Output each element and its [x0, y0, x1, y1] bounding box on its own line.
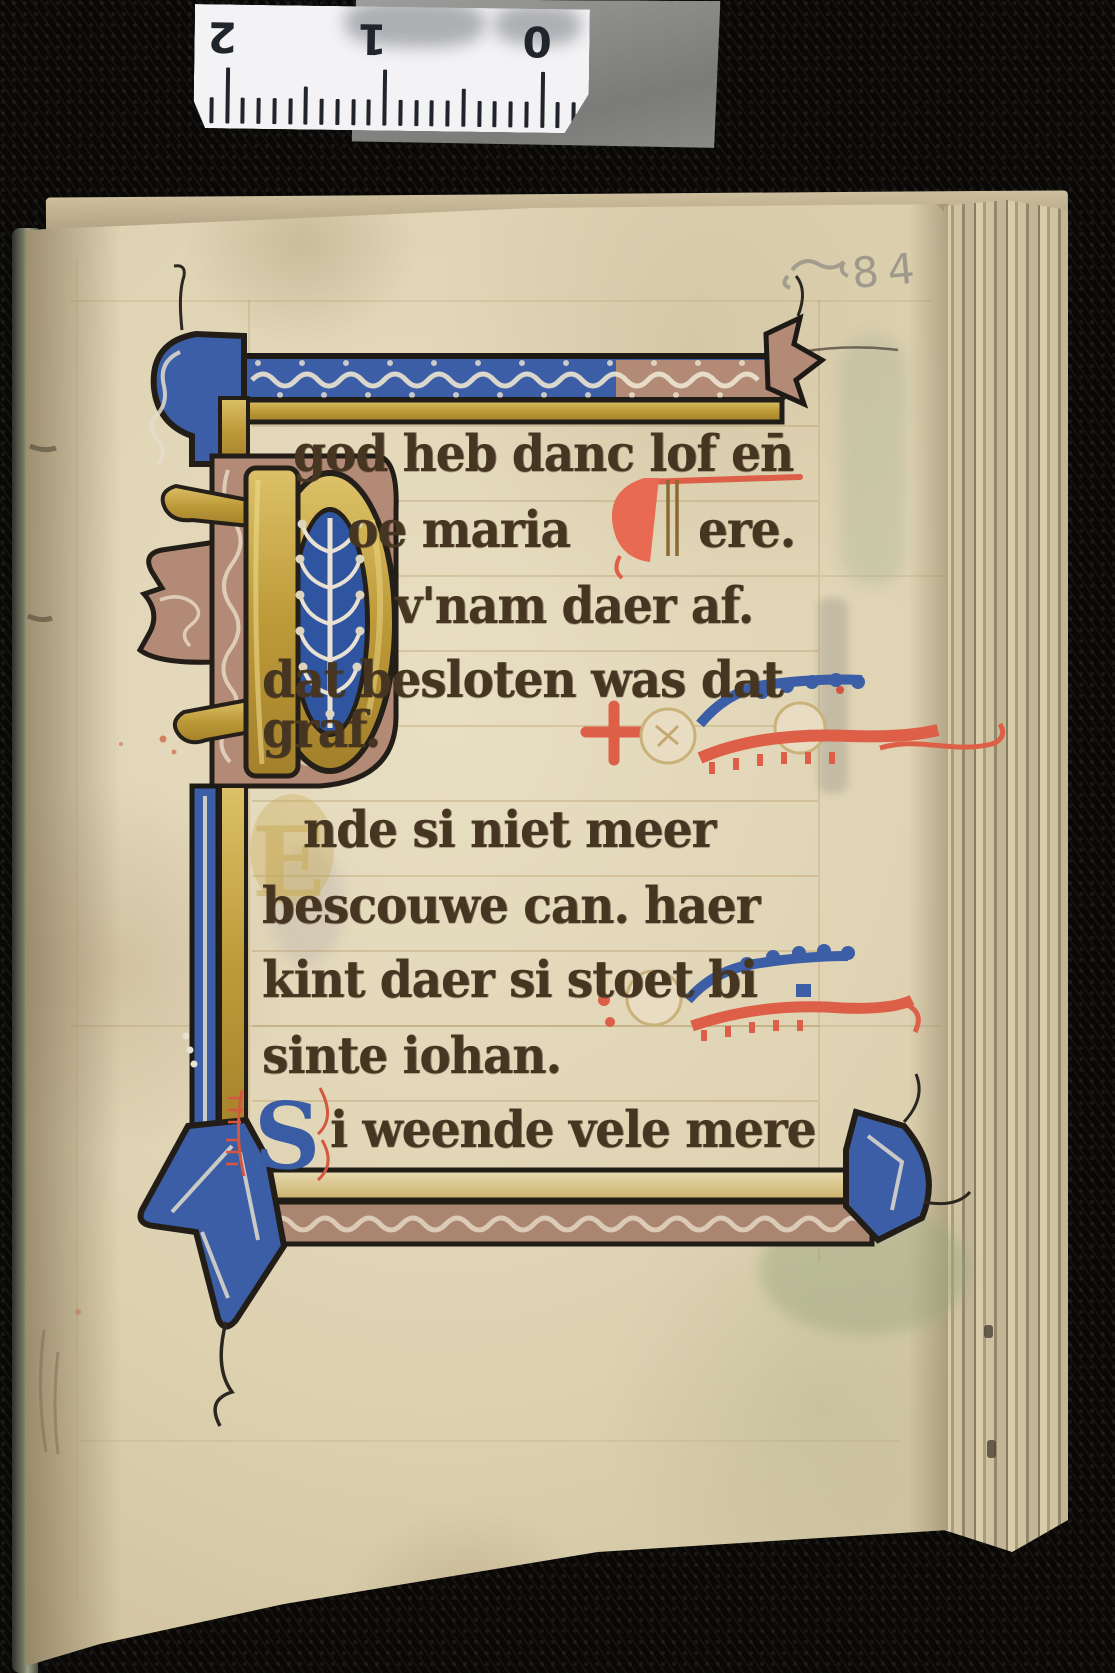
text-line-8: kint daer si stoet bi: [262, 950, 757, 1012]
ruler-tick: [256, 98, 260, 124]
ruler-tick: [493, 101, 497, 127]
text-line-7: bescouwe can. haer: [262, 876, 759, 938]
ruler-label-2: 2: [207, 12, 237, 61]
ruler-tick: [351, 99, 355, 125]
ruler-tick: [367, 99, 371, 125]
svg-text:S: S: [254, 1082, 320, 1190]
ruler-tick: [477, 101, 481, 127]
pencil-page-number: 84: [850, 243, 925, 298]
ruler-tick: [540, 72, 545, 128]
border-left-bar: [183, 786, 247, 1158]
text-line-9: sinte iohan.: [262, 1026, 561, 1088]
text-line-1: god heb danc lof en̄: [293, 424, 793, 486]
ruler-tick: [209, 97, 213, 123]
ruler-ticks: [193, 63, 589, 129]
manuscript-photo: E S: [0, 0, 1115, 1673]
ruler-label-0: 0: [522, 17, 552, 66]
ruler-tick: [288, 98, 292, 124]
ruler-tick: [524, 102, 528, 128]
border-bottom-right-cusp: [846, 1112, 929, 1240]
ruler-sticker: 2 1 0: [193, 4, 590, 134]
ruler-tick: [414, 100, 418, 126]
ruler-tick: [335, 99, 339, 125]
ruler-tick: [319, 99, 323, 125]
ruler-tick: [382, 70, 387, 126]
ruler-tick: [398, 100, 402, 126]
pencil-squiggle: [784, 261, 848, 288]
ruler-tick: [508, 101, 512, 127]
ruler-tick: [461, 89, 466, 127]
ruler-tick: [556, 102, 560, 128]
ruler-tick: [304, 87, 309, 125]
text-line-6: nde si niet meer: [303, 800, 715, 862]
ruler-tick: [225, 67, 230, 123]
ruler-tick: [430, 100, 434, 126]
text-line-2b: ere.: [698, 500, 795, 562]
ruler-tick: [272, 98, 276, 124]
ruler-tick: [241, 98, 245, 124]
ruler-label-1: 1: [357, 14, 387, 63]
text-line-2a: oe maria: [347, 500, 570, 562]
ruler-tick: [445, 101, 449, 127]
text-line-3: v'nam daer af.: [395, 576, 753, 638]
text-line-5: graf.: [262, 700, 380, 762]
text-line-10: i weende vele mere: [330, 1100, 815, 1162]
border-top-left-corner: [151, 334, 248, 464]
